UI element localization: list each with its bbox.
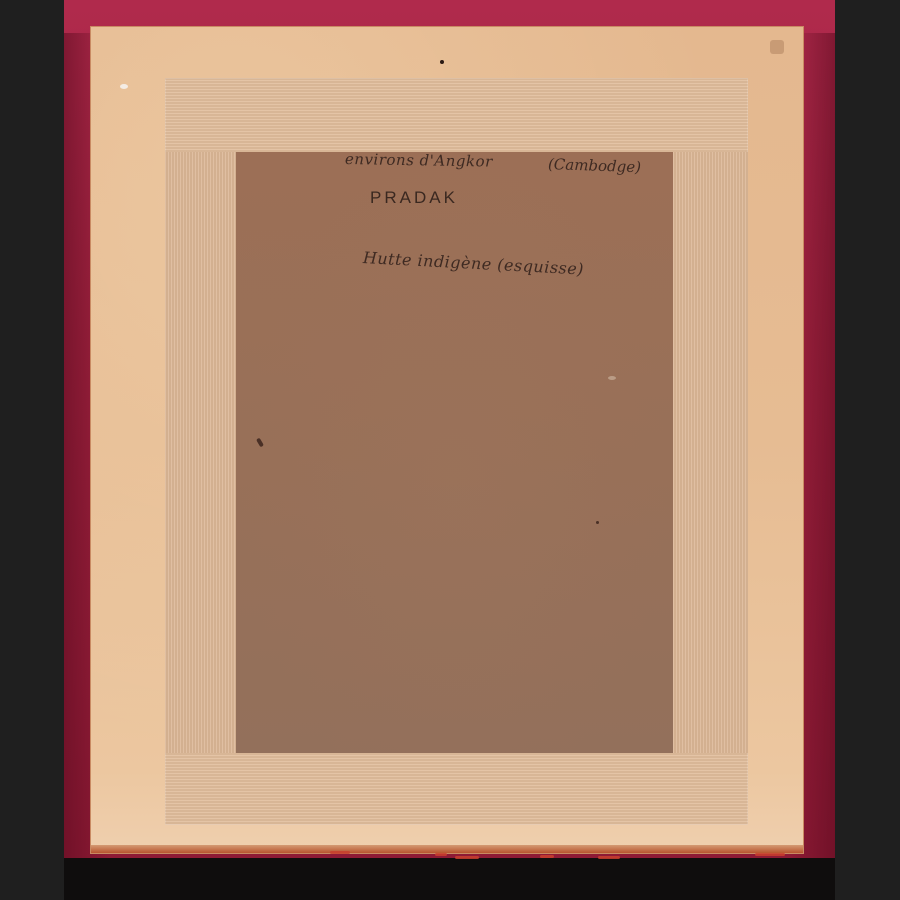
white-chip bbox=[120, 84, 128, 89]
sheet-light-spot bbox=[608, 376, 616, 380]
board-hole bbox=[440, 60, 444, 64]
paint-chip bbox=[455, 856, 479, 859]
paper-tape-right bbox=[673, 152, 748, 753]
sheet-speck bbox=[596, 521, 599, 524]
inscription-location: environs d'Angkor bbox=[345, 150, 493, 171]
paint-chip bbox=[598, 856, 620, 859]
inscription-title: PRADAK bbox=[370, 188, 458, 208]
board-stain bbox=[770, 40, 784, 54]
board-bottom-edge bbox=[91, 845, 803, 853]
dark-floor bbox=[64, 858, 835, 900]
paint-chip bbox=[540, 855, 554, 858]
paint-chip bbox=[755, 853, 785, 856]
brown-paper-sheet bbox=[236, 152, 673, 753]
paint-chip bbox=[435, 853, 447, 856]
inscription-country: (Cambodge) bbox=[548, 155, 642, 176]
paper-tape-left bbox=[165, 152, 236, 753]
paint-chip bbox=[330, 851, 350, 854]
